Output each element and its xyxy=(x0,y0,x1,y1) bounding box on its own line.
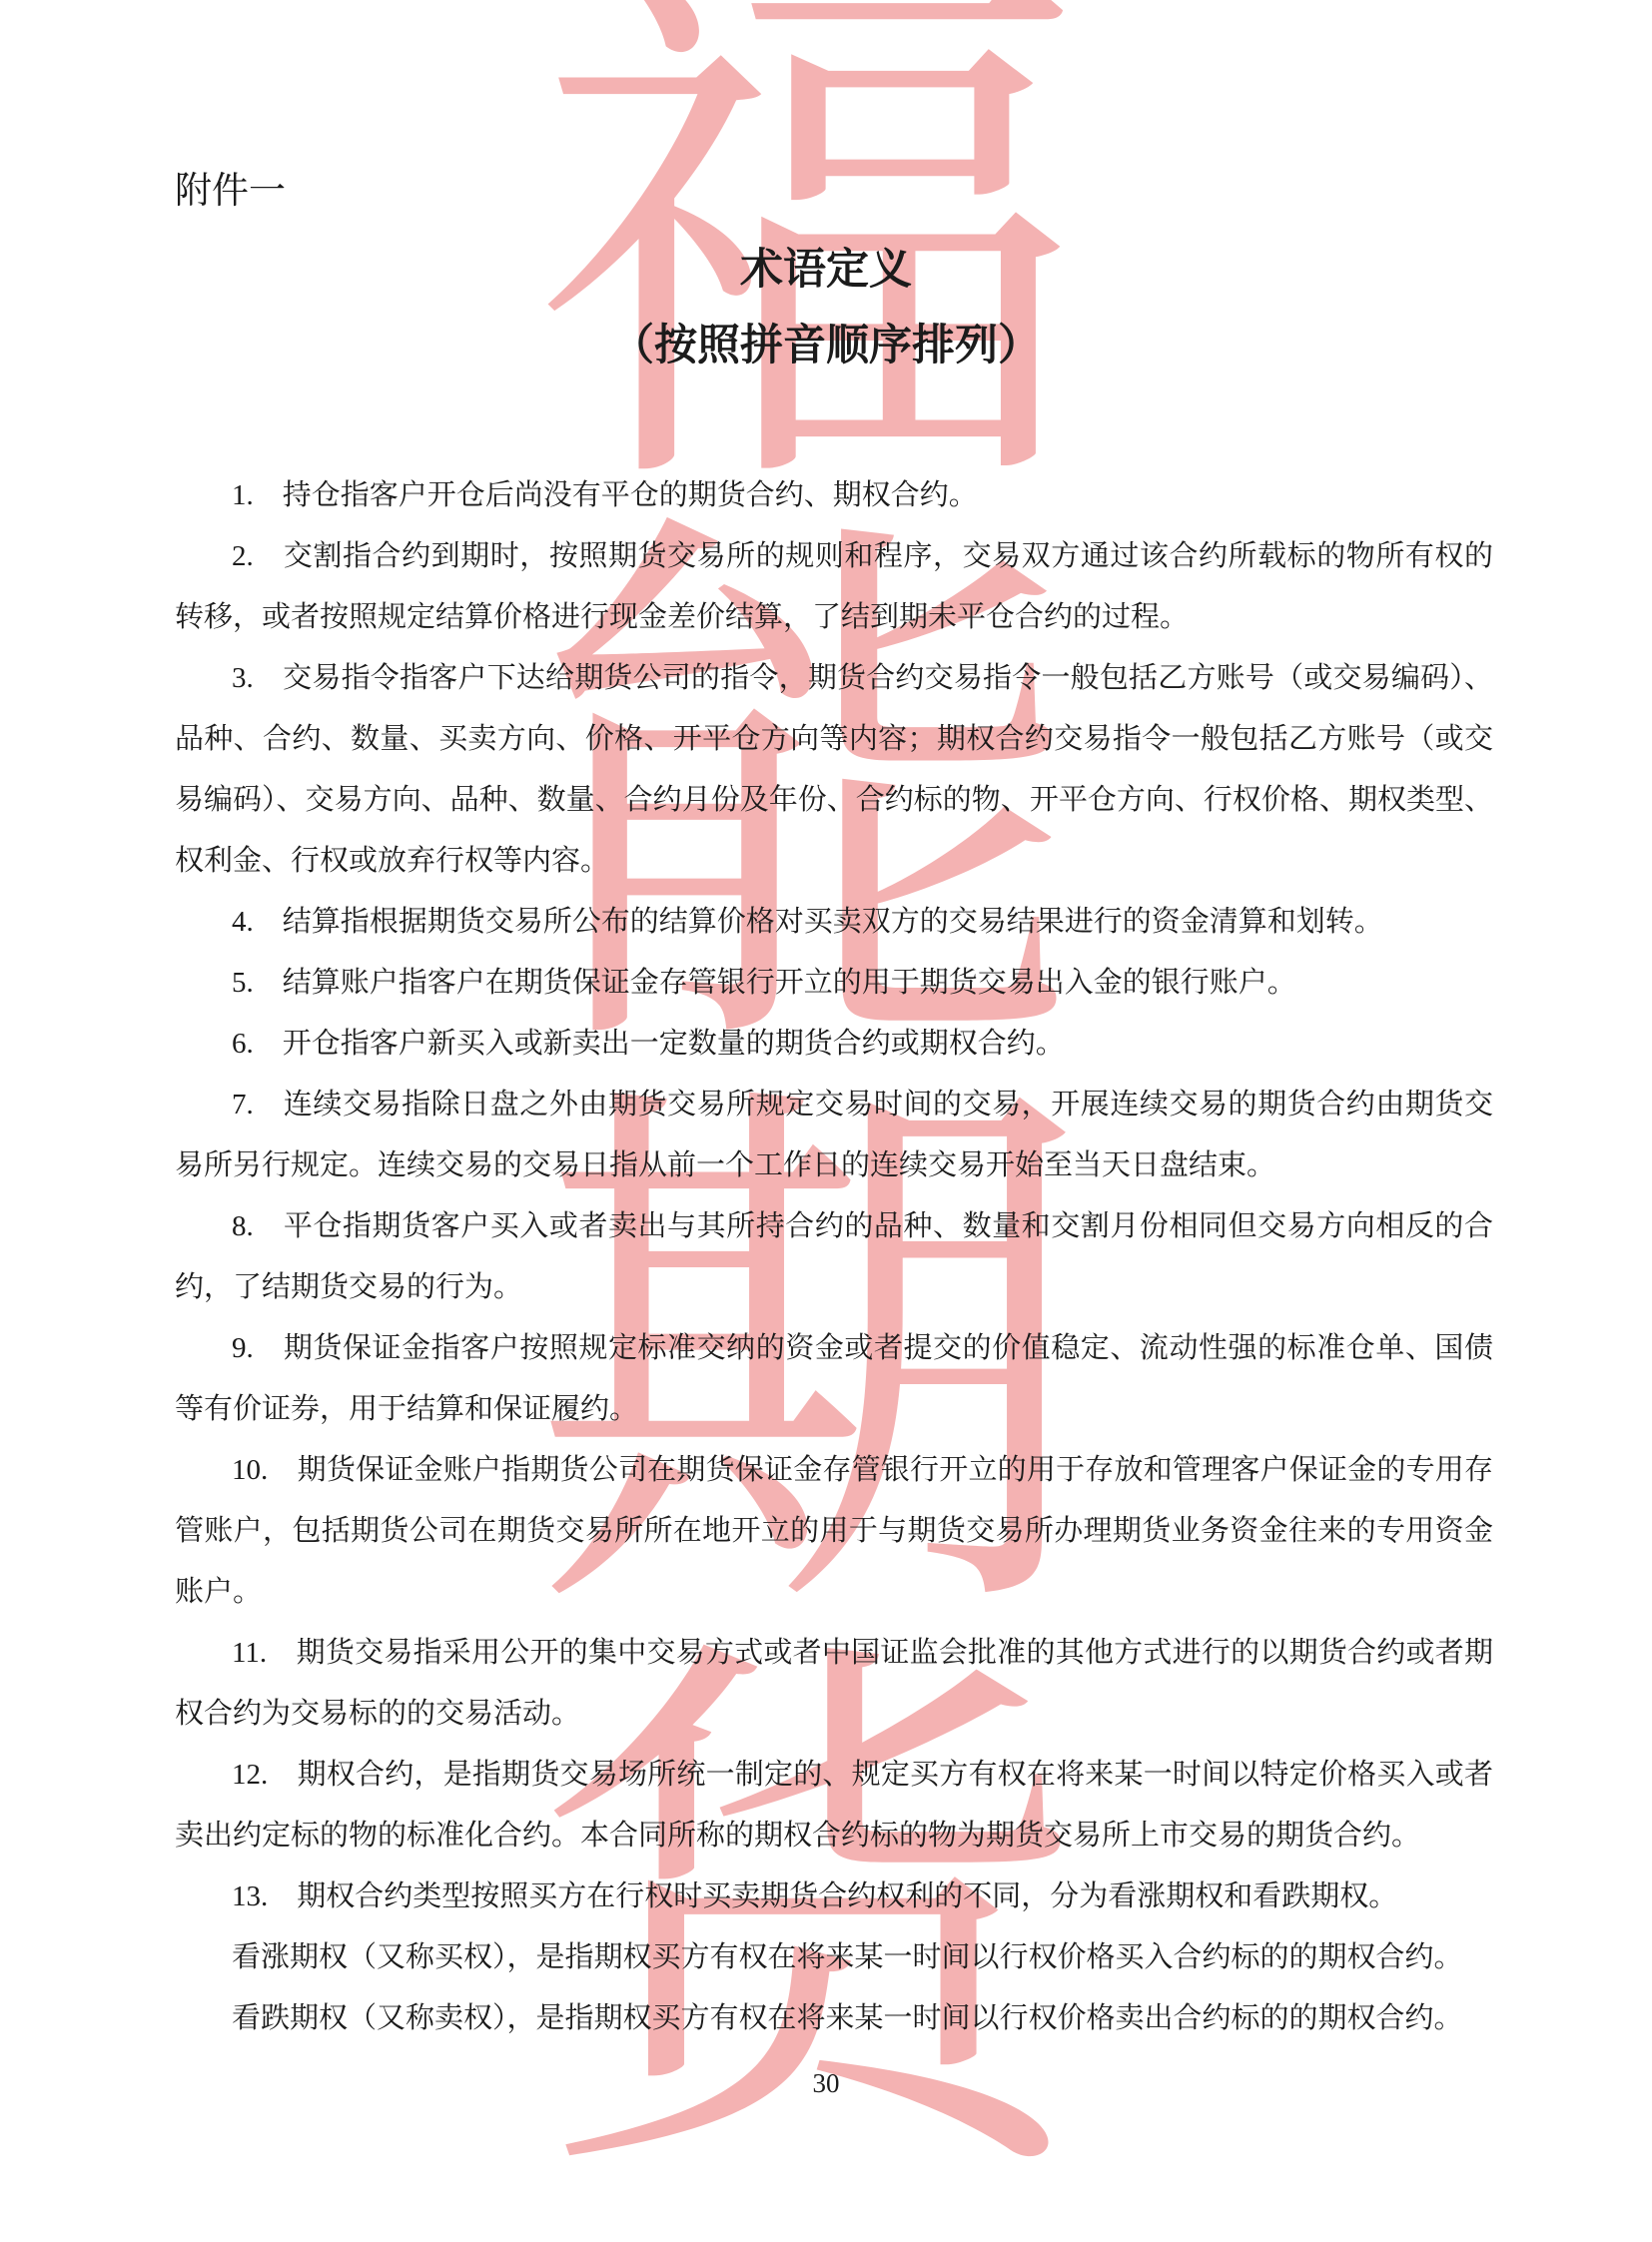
definition-paragraph: 5. 结算账户指客户在期货保证金存管银行开立的用于期货交易出入金的银行账户。 xyxy=(175,953,1493,1014)
definition-paragraph: 7. 连续交易指除日盘之外由期货交易所规定交易时间的交易，开展连续交易的期货合约… xyxy=(175,1075,1493,1196)
definition-paragraph: 1. 持仓指客户开仓后尚没有平仓的期货合约、期权合约。 xyxy=(175,465,1493,526)
definition-paragraph: 12. 期权合约，是指期货交易场所统一制定的、规定买方有权在将来某一时间以特定价… xyxy=(175,1745,1493,1867)
attachment-label: 附件一 xyxy=(175,170,286,214)
definition-paragraph: 4. 结算指根据期货交易所公布的结算价格对买卖双方的交易结果进行的资金清算和划转… xyxy=(175,892,1493,953)
definition-paragraph: 2. 交割指合约到期时，按照期货交易所的规则和程序，交易双方通过该合约所载标的物… xyxy=(175,526,1493,648)
page-content: 附件一 术语定义 （按照拼音顺序排列） 1. 持仓指客户开仓后尚没有平仓的期货合… xyxy=(0,0,1652,2242)
definitions-list: 1. 持仓指客户开仓后尚没有平仓的期货合约、期权合约。 2. 交割指合约到期时，… xyxy=(175,465,1493,2049)
page-number: 30 xyxy=(0,2067,1652,2099)
definition-paragraph: 13. 期权合约类型按照买方在行权时买卖期货合约权利的不同，分为看涨期权和看跌期… xyxy=(175,1867,1493,1927)
page-subtitle: （按照拼音顺序排列） xyxy=(0,322,1652,371)
definition-paragraph: 11. 期货交易指采用公开的集中交易方式或者中国证监会批准的其他方式进行的以期货… xyxy=(175,1623,1493,1745)
definition-paragraph: 看涨期权（又称买权），是指期权买方有权在将来某一时间以行权价格买入合约标的的期权… xyxy=(175,1927,1493,1988)
definition-paragraph: 9. 期货保证金指客户按照规定标准交纳的资金或者提交的价值稳定、流动性强的标准仓… xyxy=(175,1318,1493,1440)
page-title: 术语定义 xyxy=(0,246,1652,295)
document-page: 福 能 期 货 附件一 术语定义 （按照拼音顺序排列） 1. 持仓指客户开仓后尚… xyxy=(0,0,1652,2242)
definition-paragraph: 8. 平仓指期货客户买入或者卖出与其所持合约的品种、数量和交割月份相同但交易方向… xyxy=(175,1196,1493,1318)
definition-paragraph: 看跌期权（又称卖权），是指期权买方有权在将来某一时间以行权价格卖出合约标的的期权… xyxy=(175,1988,1493,2049)
definition-paragraph: 10. 期货保证金账户指期货公司在期货保证金存管银行开立的用于存放和管理客户保证… xyxy=(175,1440,1493,1623)
definition-paragraph: 6. 开仓指客户新买入或新卖出一定数量的期货合约或期权合约。 xyxy=(175,1014,1493,1075)
definition-paragraph: 3. 交易指令指客户下达给期货公司的指令，期货合约交易指令一般包括乙方账号（或交… xyxy=(175,648,1493,892)
